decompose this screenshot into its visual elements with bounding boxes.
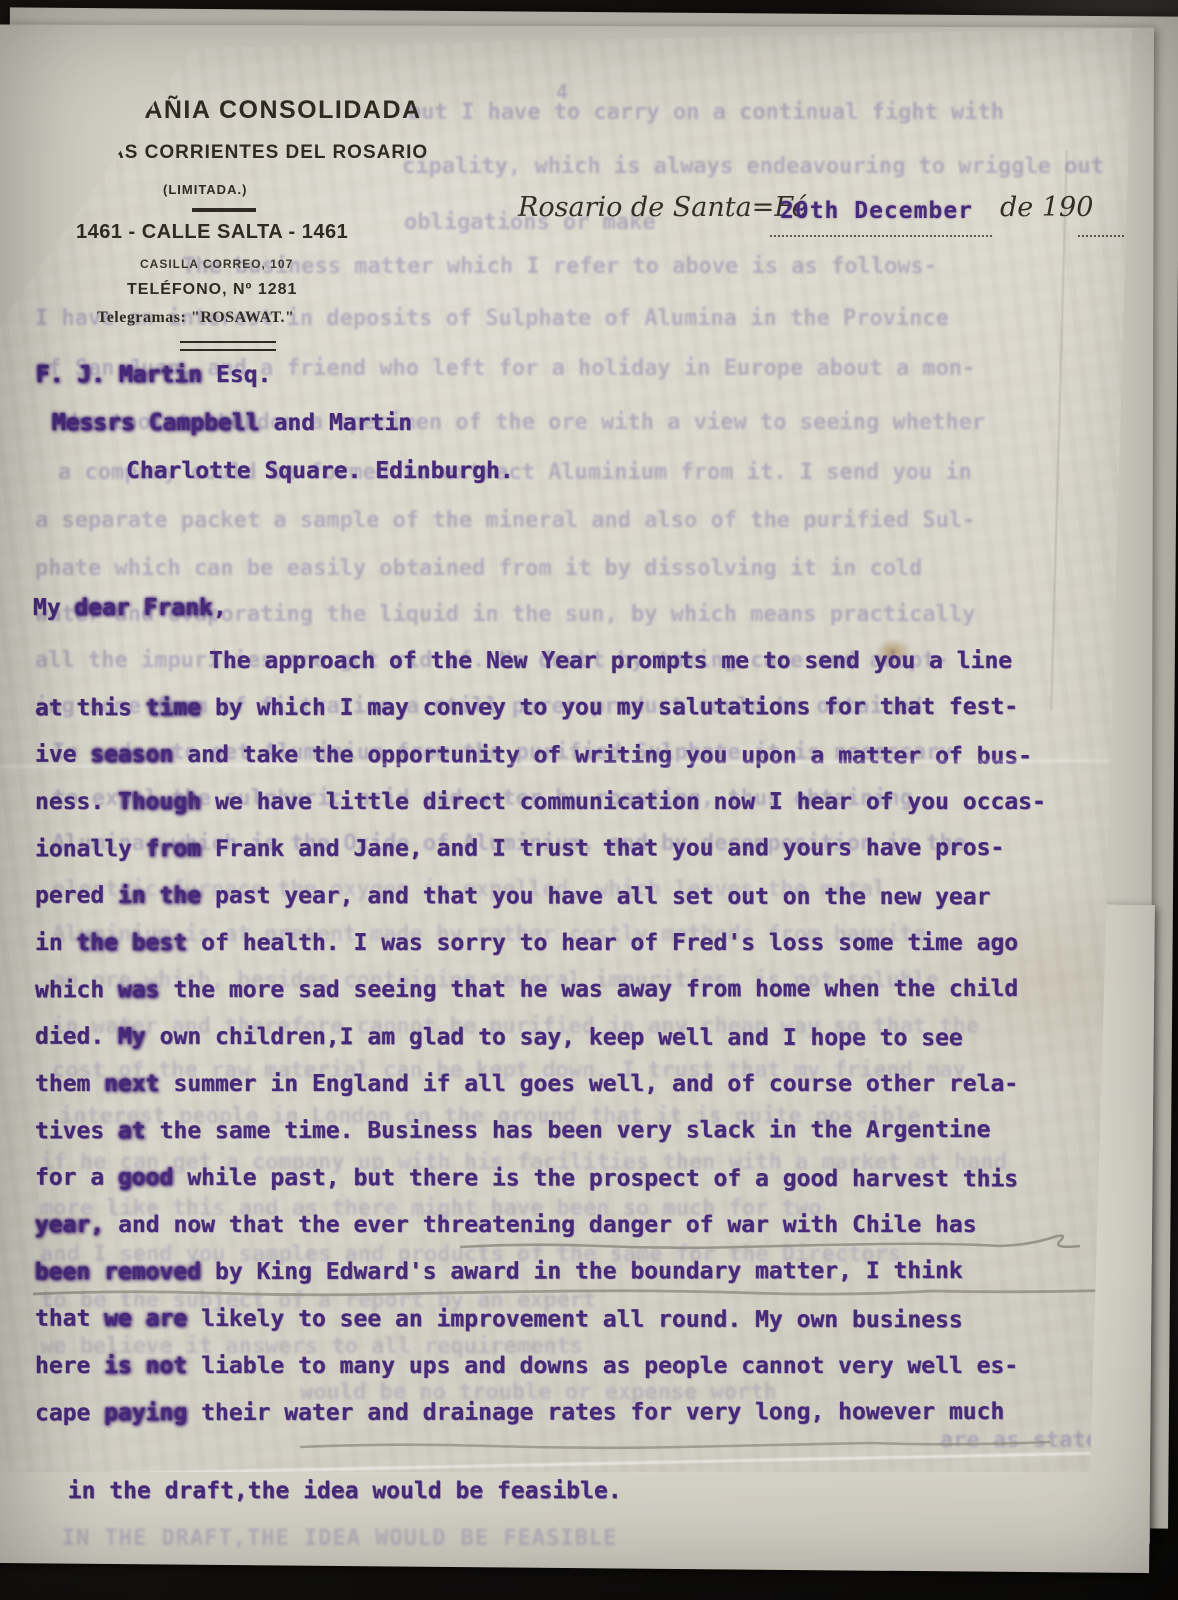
dateline-year-printed: de 190 [1000, 192, 1093, 223]
typed-line: ive season and take the opportunity of w… [35, 732, 1095, 781]
paper-crease [1050, 150, 1068, 710]
paper-sheet-main: 4 but I have to carry on a continual fig… [0, 20, 1140, 1472]
smudged-word: time [146, 695, 201, 721]
typed-line: in the best of health. I was sorry to he… [35, 920, 1095, 967]
pencil-underline [300, 1442, 1050, 1448]
typed-line: died. My own children,I am glad to say, … [35, 1014, 1095, 1063]
ghost-echo-line: IN THE DRAFT,THE IDEA WOULD BE FEASIBLE [62, 1526, 618, 1551]
letterhead-company-line2: AS CORRIENTES DEL ROSARIO [110, 142, 428, 164]
scanned-letter: in the draft,the idea would be feasible.… [0, 0, 1178, 1600]
dateline-place-printed: Rosario de Santa=Fé [518, 192, 808, 223]
typed-line: pered in the past year, and that you hav… [35, 873, 1095, 922]
ghost-line: cipality, which is always endeavouring t… [402, 154, 1104, 179]
typed-line: ionally from Frank and Jane, and I trust… [35, 825, 1095, 873]
typed-line: been removed by King Edward's award in t… [35, 1248, 1095, 1296]
letter-body: The approach of the New Year prompts me … [35, 638, 1095, 1437]
typed-line: cape paying their water and drainage rat… [35, 1389, 1095, 1437]
typed-line: here is not liable to many ups and downs… [35, 1343, 1095, 1390]
salutation: My dear Frank, [33, 595, 227, 621]
ghost-line: The business matter which I refer to abo… [182, 254, 937, 279]
smudged-word: at [118, 1118, 146, 1144]
smudged-word: dear Frank [75, 595, 213, 621]
letterhead-telefono: TELÉFONO, Nº 1281 [127, 281, 297, 299]
typed-line: The approach of the New Year prompts me … [35, 638, 1095, 685]
recipient-address: Charlotte Square. Edinburgh. [126, 458, 514, 484]
typed-line: tives at the same time. Business has bee… [35, 1107, 1095, 1155]
letter-content: 4 but I have to carry on a continual fig… [0, 0, 1178, 1600]
smudged-word: My [118, 1024, 146, 1050]
smudged-word: good [118, 1165, 173, 1191]
smudged-word: been removed [35, 1259, 201, 1285]
smudged-word: paying [104, 1400, 187, 1426]
smudged-word: from [146, 836, 201, 862]
ghost-line: but I have to carry on a continual fight… [408, 100, 1004, 125]
recipient-name: F. J. Martin Esq. [36, 362, 271, 388]
typed-line: that we are likely to see an improvement… [35, 1296, 1095, 1345]
smudged-word: the best [77, 930, 188, 956]
letterhead-rule [192, 208, 256, 212]
dateline-typed-date: 20th December [780, 198, 973, 224]
ghost-line: a separate packet a sample of the minera… [35, 508, 975, 533]
dateline-dotted-rule [770, 235, 992, 237]
smudged-word: season [90, 742, 173, 768]
smudged-word: Though [118, 789, 201, 815]
typed-line: year, and now that the ever threatening … [35, 1202, 1095, 1249]
typed-line: ness. Though we have little direct commu… [35, 779, 1095, 826]
smudged-word: is not [104, 1353, 187, 1379]
letterhead-limitada: (LIMITADA.) [163, 182, 247, 197]
letterhead-telegramas: Telegramas: "ROSAWAT." [97, 309, 294, 327]
letterhead-double-rule [180, 341, 276, 351]
recipient-firm: Messrs Campbell and Martin [52, 410, 412, 436]
smudged-word: in the [118, 883, 201, 909]
ghost-line: phate which can be easily obtained from … [35, 556, 922, 581]
letterhead-street-address: 1461 - CALLE SALTA - 1461 [76, 221, 348, 244]
smudged-word: next [104, 1071, 159, 1097]
smudged-word: year, [35, 1212, 104, 1238]
dateline-dotted-rule-end [1078, 235, 1124, 237]
typed-line: them next summer in England if all goes … [35, 1061, 1095, 1108]
smudged-word: F. J. Martin [36, 362, 202, 388]
smudged-word: we are [104, 1306, 187, 1332]
smudged-word: was [118, 977, 160, 1003]
smudged-word: Messrs Campbell [52, 410, 260, 436]
letterhead-company-line1: PAÑIA CONSOLIDADA [128, 96, 422, 125]
typed-line: for a good while past, but there is the … [35, 1155, 1095, 1204]
typed-line: which was the more sad seeing that he wa… [35, 966, 1095, 1014]
letterhead-casilla: CASILLA CORREO, 107 [140, 257, 293, 271]
typed-line: at this time by which I may convey to yo… [35, 684, 1095, 732]
typed-line-draft: in the draft,the idea would be feasible. [68, 1478, 622, 1504]
